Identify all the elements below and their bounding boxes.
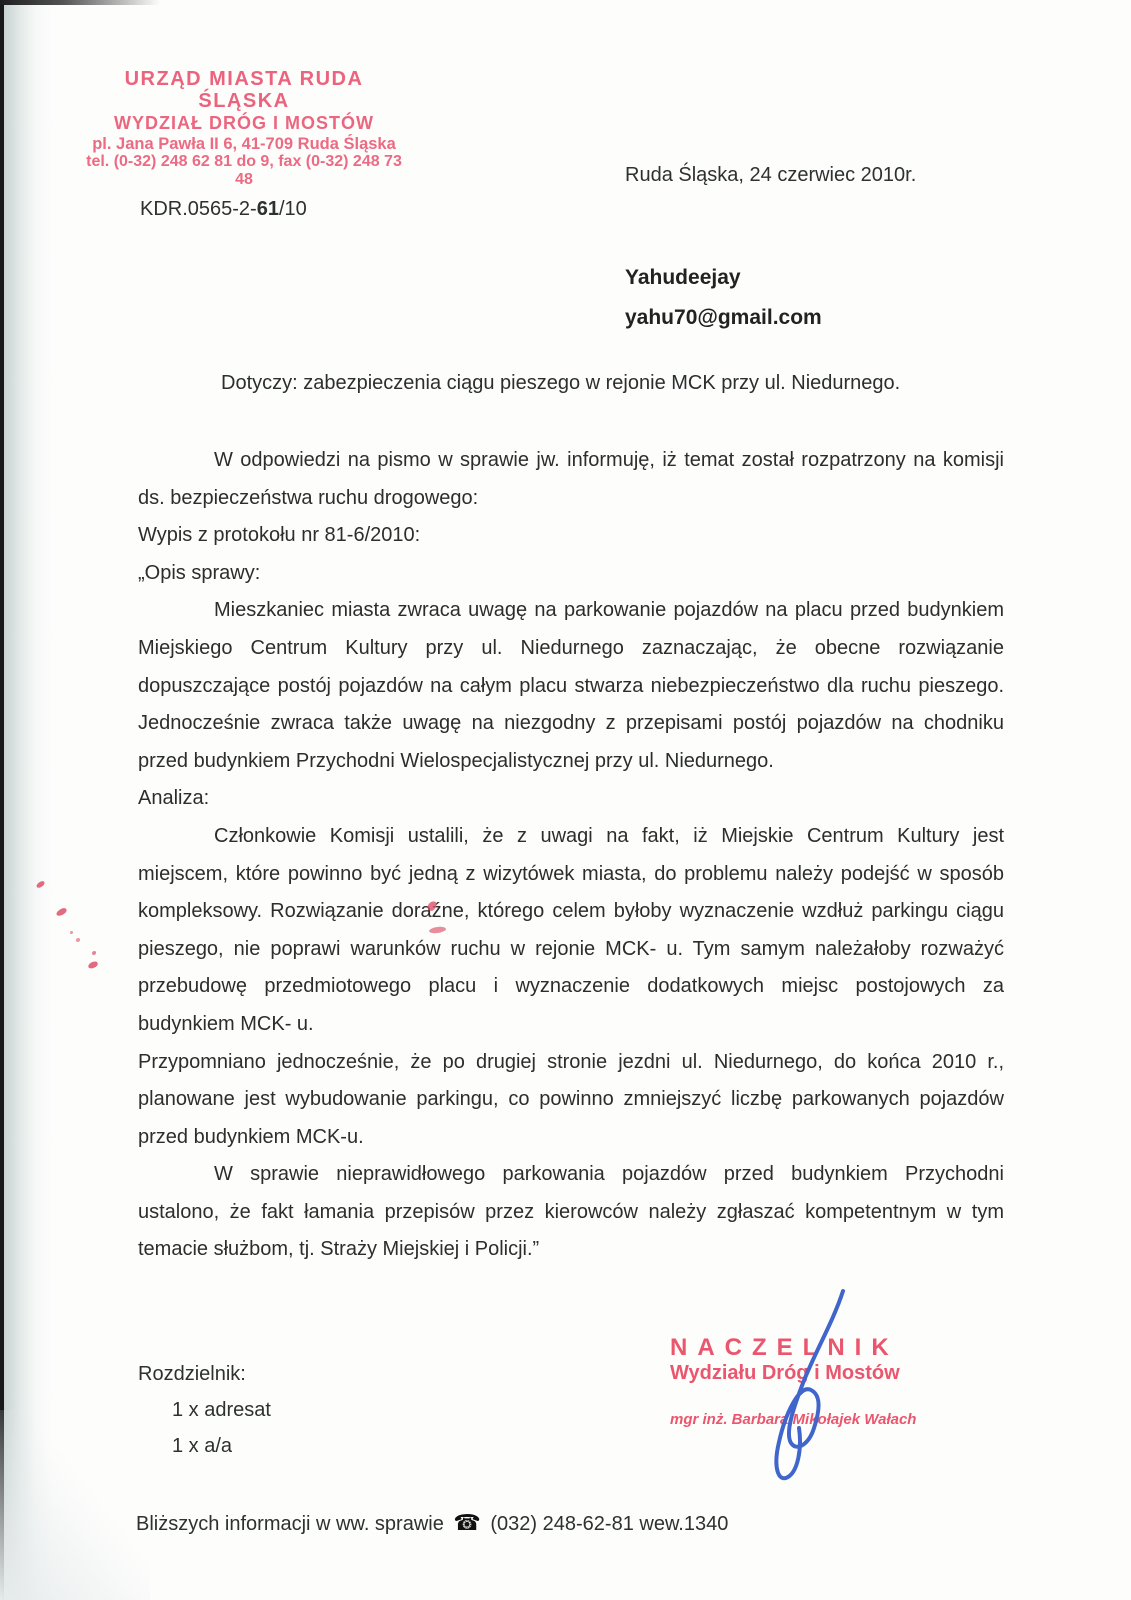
recipient-block: Yahudeejay yahu70@gmail.com (625, 266, 822, 330)
reference-number: KDR.0565-2-61/10 (140, 198, 307, 221)
scan-shadow-bottom-left (0, 1410, 150, 1600)
office-address: pl. Jana Pawła II 6, 41-709 Ruda Śląska (84, 135, 404, 153)
signatory-name: mgr inż. Barbara Mikołajek Wałach (670, 1411, 920, 1428)
ink-speck (76, 938, 80, 942)
reference-prefix: KDR.0565-2- (140, 198, 257, 220)
footer-text-before: Bliższych informacji w ww. sprawie (136, 1513, 444, 1535)
ink-speck (55, 907, 68, 917)
paragraph-parking-plan: Przypomniano jednocześnie, że po drugiej… (138, 1044, 1004, 1157)
reference-bold-part: 61 (257, 198, 279, 220)
distribution-label: Rozdzielnik: (138, 1363, 271, 1386)
paragraph-analysis: Członkowie Komisji ustalili, że z uwagi … (138, 818, 1004, 1044)
ink-speck (70, 931, 73, 934)
footer-contact: Bliższych informacji w ww. sprawie ☎ (03… (136, 1510, 728, 1536)
place-and-date: Ruda Śląska, 24 czerwiec 2010r. (625, 164, 916, 187)
office-phone-fax: tel. (0-32) 248 62 81 do 9, fax (0-32) 2… (84, 153, 404, 189)
protocol-extract-line: Wypis z protokołu nr 81-6/2010: (138, 517, 1004, 555)
paragraph-enforcement: W sprawie nieprawidłowego parkowania poj… (138, 1156, 1004, 1269)
distribution-item-addressee: 1 x adresat (172, 1399, 271, 1422)
distribution-item-file-copy: 1 x a/a (172, 1435, 271, 1458)
department-name: WYDZIAŁ DRÓG I MOSTÓW (84, 113, 404, 133)
office-header-stamp: URZĄD MIASTA RUDA ŚLĄSKA WYDZIAŁ DRÓG I … (84, 68, 404, 189)
signature-stamp: NACZELNIK Wydziału Dróg i Mostów mgr inż… (670, 1334, 920, 1428)
phone-icon: ☎ (449, 1510, 484, 1535)
recipient-name: Yahudeejay (625, 266, 741, 289)
ink-speck (92, 951, 96, 955)
signatory-title: NACZELNIK (670, 1334, 920, 1362)
signatory-department: Wydziału Dróg i Mostów (670, 1362, 920, 1385)
ink-speck (87, 961, 98, 970)
paragraph-case-description: Mieszkaniec miasta zwraca uwagę na parko… (138, 592, 1004, 780)
reference-suffix: /10 (279, 198, 307, 220)
scan-shadow-left (4, 0, 52, 1600)
office-name: URZĄD MIASTA RUDA ŚLĄSKA (84, 68, 404, 113)
recipient-email: yahu70@gmail.com (625, 306, 822, 330)
scan-edge-top (0, 0, 160, 5)
analysis-heading: Analiza: (138, 780, 1004, 818)
paragraph-intro: W odpowiedzi na pismo w sprawie jw. info… (138, 442, 1004, 517)
scanned-letter-page: URZĄD MIASTA RUDA ŚLĄSKA WYDZIAŁ DRÓG I … (0, 0, 1131, 1600)
subject-line: Dotyczy: zabezpieczenia ciągu pieszego w… (221, 372, 900, 395)
letter-body: W odpowiedzi na pismo w sprawie jw. info… (138, 442, 1004, 1269)
footer-phone-number: (032) 248-62-81 wew.1340 (490, 1513, 728, 1535)
case-description-heading: „Opis sprawy: (138, 555, 1004, 593)
distribution-list: Rozdzielnik: 1 x adresat 1 x a/a (138, 1363, 271, 1458)
